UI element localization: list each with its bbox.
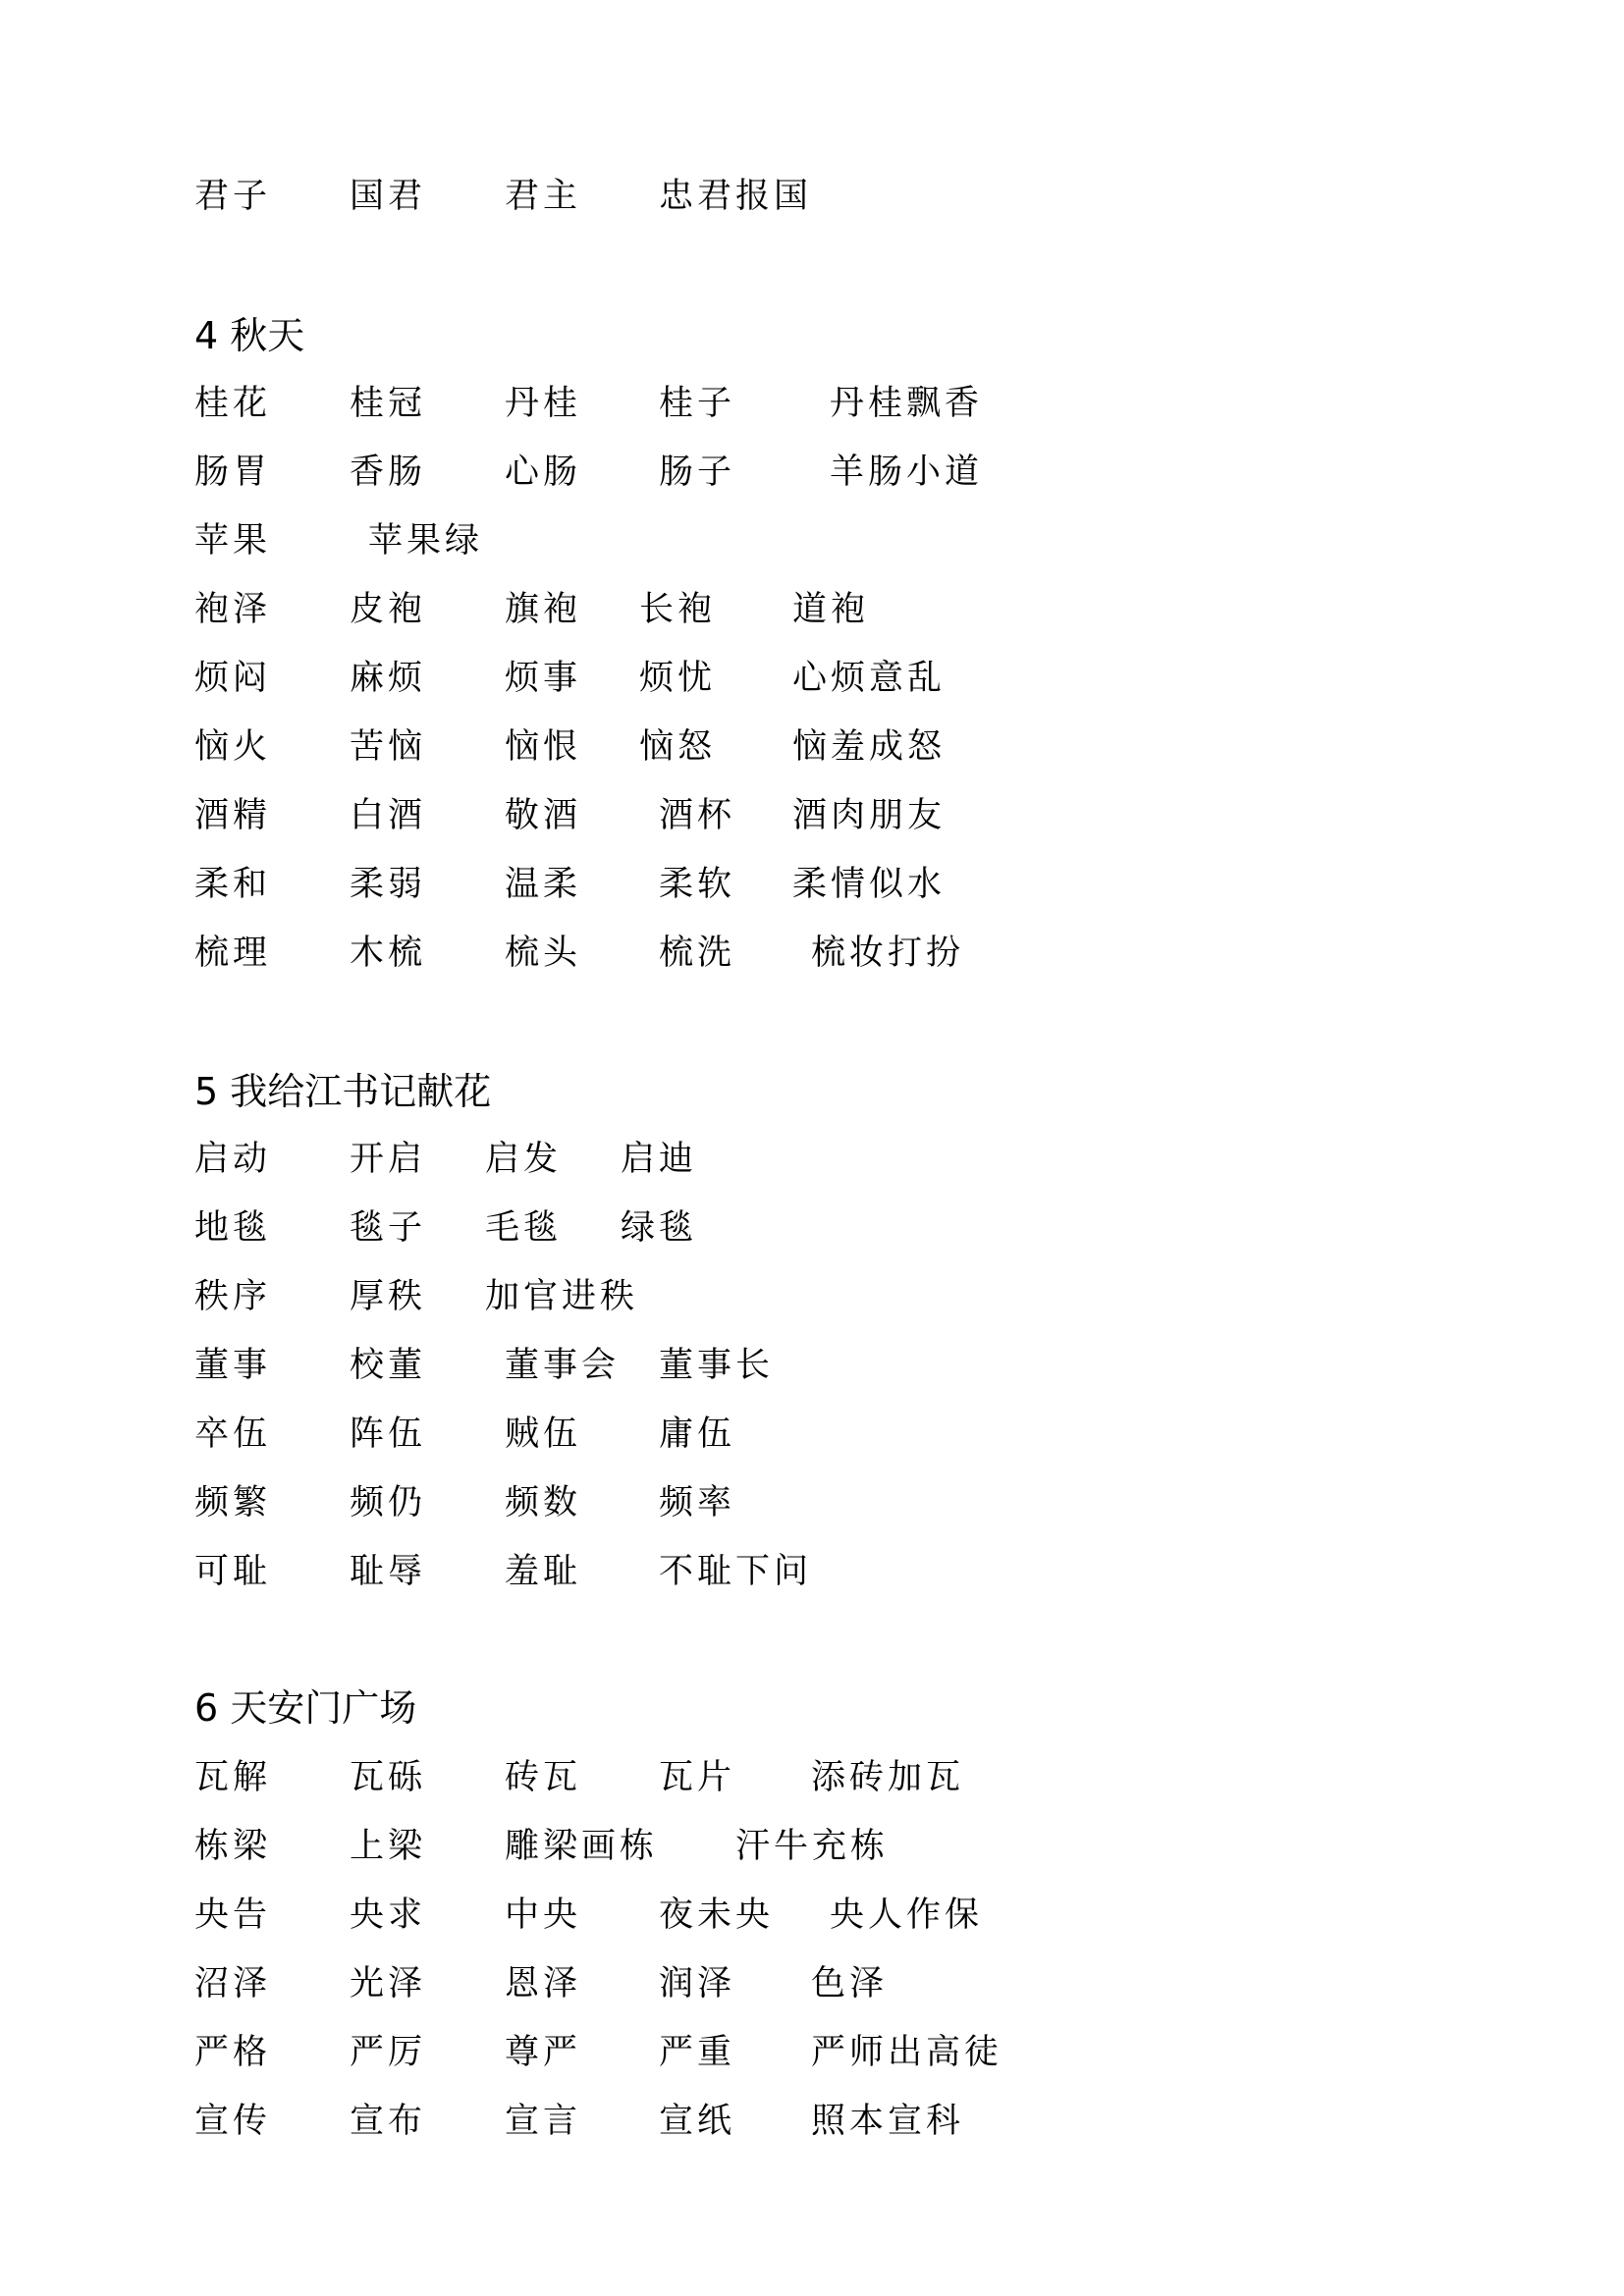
word: 宣纸	[659, 2092, 735, 2151]
word: 忠君报国	[659, 167, 812, 226]
word: 白酒	[350, 786, 426, 845]
word: 烦忧	[639, 649, 716, 708]
word: 毛毯	[485, 1199, 562, 1257]
word: 严厉	[350, 2023, 426, 2082]
word: 尊严	[505, 2023, 581, 2082]
word: 恩泽	[505, 1954, 581, 2013]
word: 柔情似水	[792, 855, 946, 914]
word: 烦事	[505, 649, 581, 708]
word: 夜未央	[659, 1886, 774, 1945]
word: 桂冠	[350, 374, 426, 433]
word: 肠胃	[194, 443, 271, 502]
word: 卒伍	[194, 1405, 271, 1464]
word: 恼羞成怒	[792, 718, 946, 776]
word: 启迪	[621, 1130, 697, 1189]
word: 频仍	[350, 1473, 426, 1532]
word: 木梳	[350, 924, 426, 983]
word: 润泽	[659, 1954, 735, 2013]
word: 严格	[194, 2023, 271, 2082]
word: 庸伍	[659, 1405, 735, 1464]
word: 瓦解	[194, 1748, 271, 1807]
word: 严师出高徒	[811, 2023, 1002, 2082]
word: 董事	[194, 1336, 271, 1395]
word: 贼伍	[505, 1405, 581, 1464]
word: 恼恨	[505, 718, 581, 776]
word: 心肠	[505, 443, 581, 502]
word: 柔弱	[350, 855, 426, 914]
word: 苦恼	[350, 718, 426, 776]
word: 严重	[659, 2023, 735, 2082]
word: 皮袍	[350, 580, 426, 639]
word: 旗袍	[505, 580, 581, 639]
word: 开启	[350, 1130, 426, 1189]
word: 频率	[659, 1473, 735, 1532]
word: 启动	[194, 1130, 271, 1189]
word: 校董	[350, 1336, 426, 1395]
word: 恼火	[194, 718, 271, 776]
word: 添砖加瓦	[811, 1748, 964, 1807]
word: 恼怒	[639, 718, 716, 776]
word: 麻烦	[350, 649, 426, 708]
word: 董事会	[505, 1336, 620, 1395]
word: 可耻	[194, 1542, 271, 1601]
word: 酒精	[194, 786, 271, 845]
word: 不耻下问	[659, 1542, 812, 1601]
word: 中央	[505, 1886, 581, 1945]
word: 烦闷	[194, 649, 271, 708]
word: 温柔	[505, 855, 581, 914]
word: 梳洗	[659, 924, 735, 983]
word: 色泽	[811, 1954, 888, 2013]
word: 宣布	[350, 2092, 426, 2151]
word: 绿毯	[621, 1199, 697, 1257]
word: 桂子	[659, 374, 735, 433]
word: 毯子	[350, 1199, 426, 1257]
word: 地毯	[194, 1199, 271, 1257]
word: 启发	[485, 1130, 562, 1189]
word: 厚秩	[350, 1267, 426, 1326]
word: 酒杯	[659, 786, 735, 845]
word: 丹桂	[505, 374, 581, 433]
word: 苹果绿	[368, 511, 483, 570]
word: 照本宣科	[811, 2092, 964, 2151]
word: 君主	[505, 167, 581, 226]
word: 袍泽	[194, 580, 271, 639]
word: 秩序	[194, 1267, 271, 1326]
word: 央人作保	[830, 1886, 983, 1945]
word: 丹桂飘香	[830, 374, 983, 433]
section-heading: 5 我给江书记献花	[194, 1062, 491, 1121]
word: 梳理	[194, 924, 271, 983]
word: 宣言	[505, 2092, 581, 2151]
word: 羊肠小道	[830, 443, 983, 502]
word: 羞耻	[505, 1542, 581, 1601]
word: 苹果	[194, 511, 271, 570]
word: 柔和	[194, 855, 271, 914]
word: 道袍	[792, 580, 869, 639]
word: 梳头	[505, 924, 581, 983]
word: 董事长	[659, 1336, 774, 1395]
word: 耻辱	[350, 1542, 426, 1601]
word: 香肠	[350, 443, 426, 502]
word: 频繁	[194, 1473, 271, 1532]
word: 汗牛充栋	[735, 1817, 889, 1876]
word: 瓦砾	[350, 1748, 426, 1807]
word: 酒肉朋友	[792, 786, 946, 845]
word: 砖瓦	[505, 1748, 581, 1807]
word: 心烦意乱	[792, 649, 946, 708]
section-heading: 4 秋天	[194, 306, 304, 365]
word: 央告	[194, 1886, 271, 1945]
word: 瓦片	[659, 1748, 735, 1807]
word: 桂花	[194, 374, 271, 433]
word: 阵伍	[350, 1405, 426, 1464]
word: 敬酒	[505, 786, 581, 845]
word: 肠子	[659, 443, 735, 502]
word: 国君	[350, 167, 426, 226]
word: 梳妆打扮	[811, 924, 964, 983]
word: 雕梁画栋	[505, 1817, 658, 1876]
word: 上梁	[350, 1817, 426, 1876]
word: 沼泽	[194, 1954, 271, 2013]
word: 栋梁	[194, 1817, 271, 1876]
word: 频数	[505, 1473, 581, 1532]
word: 央求	[350, 1886, 426, 1945]
word: 加官进秩	[485, 1267, 638, 1326]
word: 柔软	[659, 855, 735, 914]
word: 长袍	[639, 580, 716, 639]
word: 光泽	[350, 1954, 426, 2013]
section-heading: 6 天安门广场	[194, 1679, 416, 1737]
word: 君子	[194, 167, 271, 226]
word: 宣传	[194, 2092, 271, 2151]
